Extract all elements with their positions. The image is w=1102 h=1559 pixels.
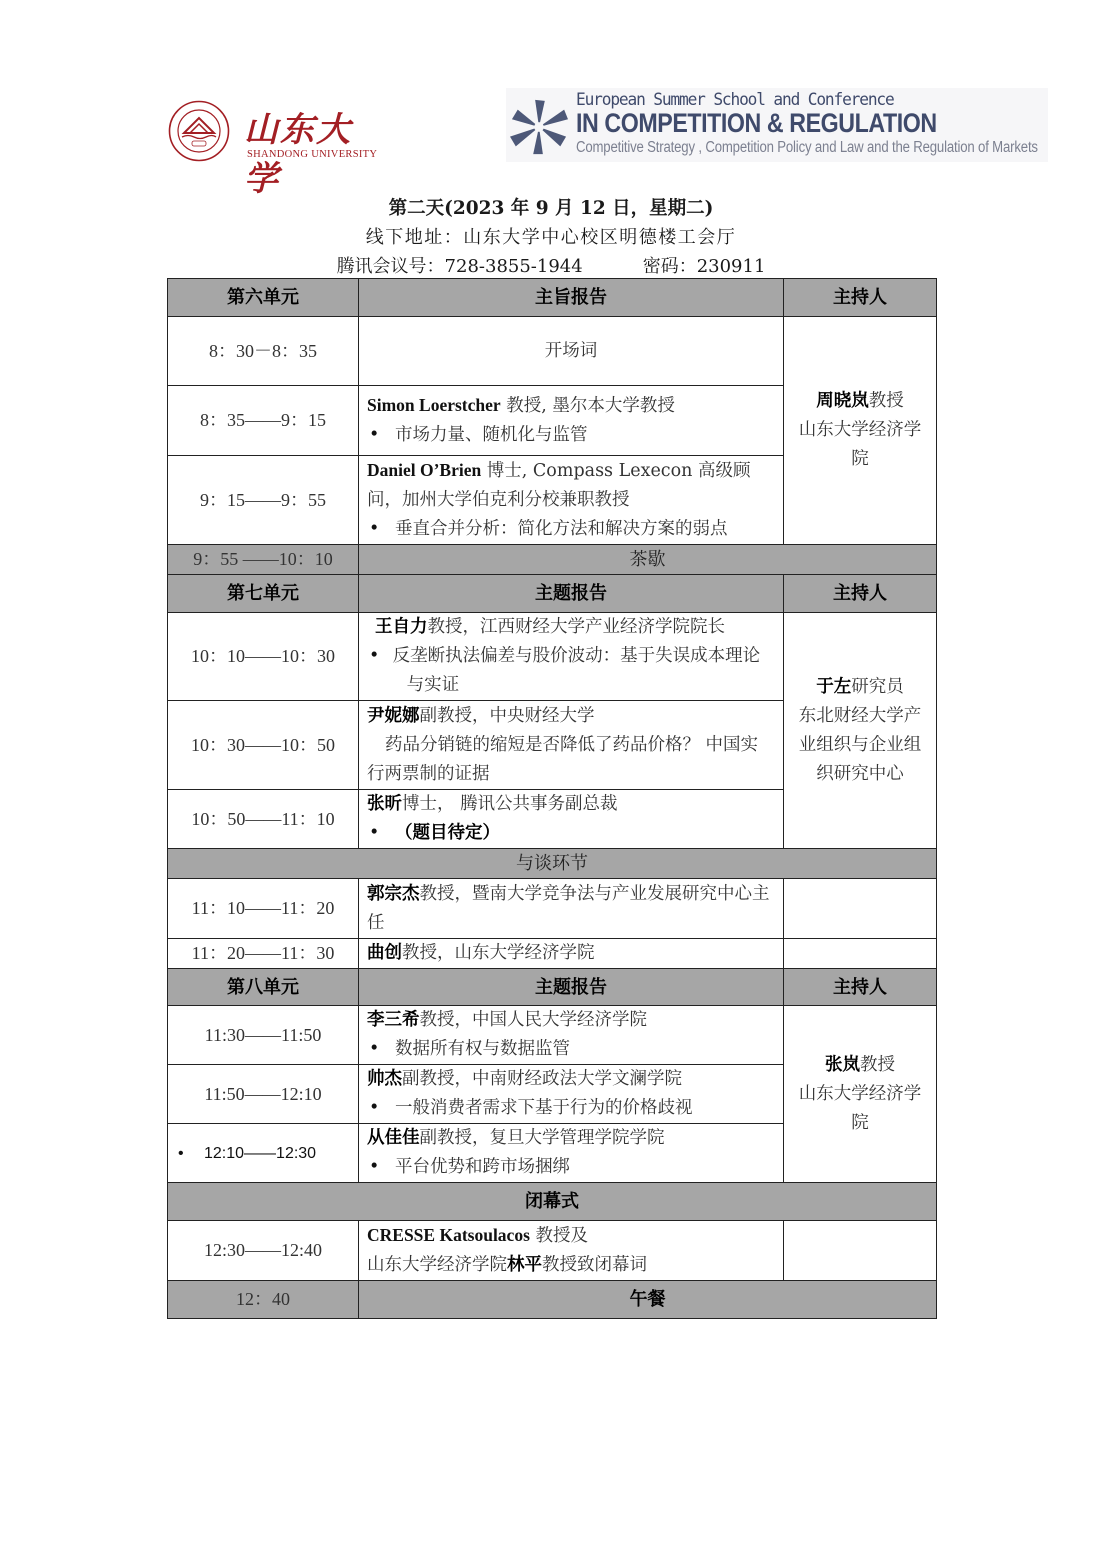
host-cell: 于左研究员 东北财经大学产业组织与企业组织研究中心 bbox=[784, 613, 937, 849]
speaker-name: 李三希 bbox=[367, 1010, 420, 1030]
speaker-name: 从佳佳 bbox=[367, 1128, 420, 1148]
session6-header-row: 第六单元 主旨报告 主持人 bbox=[168, 279, 937, 317]
time-cell: 8：30－8：35 bbox=[168, 317, 359, 386]
speaker-info: 副教授，中南财经政法大学文澜学院 bbox=[402, 1069, 682, 1089]
content-cell: 尹妮娜副教授，中央财经大学 药品分销链的缩短是否降低了药品价格？ 中国实行两票制… bbox=[359, 701, 784, 790]
column-header-host: 主持人 bbox=[784, 575, 937, 613]
escr-line2: IN COMPETITION & REGULATION bbox=[576, 108, 937, 139]
table-row: 10：10——10：30 王自力教授，江西财经大学产业经济学院院长 •反垄断执法… bbox=[168, 613, 937, 701]
tea-break-label: 茶歇 bbox=[359, 545, 937, 575]
speaker-name: Simon Loerstcher bbox=[367, 395, 501, 415]
meeting-password: 密码：230911 bbox=[643, 256, 766, 277]
talk-topic: 平台优势和跨市场捆绑 bbox=[395, 1157, 570, 1177]
time-cell: •12:10——12:30 bbox=[168, 1124, 359, 1183]
content-cell: 曲创教授，山东大学经济学院 bbox=[359, 939, 784, 969]
content-cell: Simon Loerstcher 教授, 墨尔本大学教授 •市场力量、随机化与监… bbox=[359, 386, 784, 456]
content-cell: 王自力教授，江西财经大学产业经济学院院长 •反垄断执法偏差与股价波动：基于失误成… bbox=[359, 613, 784, 701]
speaker-name: 郭宗杰 bbox=[367, 884, 420, 904]
speaker-name: CRESSE Katsoulacos bbox=[367, 1225, 530, 1245]
panel-label: 与谈环节 bbox=[168, 849, 937, 879]
meeting-info: 腾讯会议号：728-3855-1944密码：230911 bbox=[0, 252, 1102, 278]
bullet-icon: • bbox=[367, 1035, 395, 1064]
university-seal-icon bbox=[168, 100, 230, 162]
host-cell: 张岚教授 山东大学经济学院 bbox=[784, 1006, 937, 1183]
talk-topic: （题目待定） bbox=[395, 823, 500, 843]
speaker-name: 尹妮娜 bbox=[367, 706, 420, 726]
column-header-report: 主题报告 bbox=[359, 575, 784, 613]
speaker-name: Daniel O’Brien bbox=[367, 460, 481, 480]
speaker-name: 王自力 bbox=[375, 617, 428, 637]
time-cell: 11：20——11：30 bbox=[168, 939, 359, 969]
time-cell: 12:30——12:40 bbox=[168, 1221, 359, 1281]
host-affiliation: 东北财经大学产业组织与企业组织研究中心 bbox=[799, 706, 922, 784]
bullet-icon: • bbox=[367, 421, 395, 450]
bullet-icon: • bbox=[367, 1153, 395, 1182]
content-cell: 开场词 bbox=[359, 317, 784, 386]
content-cell: CRESSE Katsoulacos 教授及 山东大学经济学院林平教授致闭幕词 bbox=[359, 1221, 784, 1281]
session8-header-row: 第八单元 主题报告 主持人 bbox=[168, 969, 937, 1006]
time-cell: 9：15——9：55 bbox=[168, 456, 359, 545]
time-cell: 10：50——11：10 bbox=[168, 790, 359, 849]
time-cell: 9：55 ——10：10 bbox=[168, 545, 359, 575]
meeting-id: 腾讯会议号：728-3855-1944 bbox=[337, 256, 583, 277]
session-label: 第六单元 bbox=[168, 279, 359, 317]
speaker-name: 张昕 bbox=[367, 794, 402, 814]
bullet-icon: • bbox=[367, 642, 393, 700]
host-title: 研究员 bbox=[851, 677, 904, 697]
speaker-info: 教授，暨南大学竞争法与产业发展研究中心主任 bbox=[367, 884, 770, 933]
bullet-icon: • bbox=[367, 1094, 395, 1123]
time-cell: 11：10——11：20 bbox=[168, 879, 359, 939]
host-cell: 周晓岚教授 山东大学经济学院 bbox=[784, 317, 937, 545]
session-label: 第七单元 bbox=[168, 575, 359, 613]
speaker-info: 副教授，复旦大学管理学院学院 bbox=[420, 1128, 665, 1148]
speaker-info: 博士， 腾讯公共事务副总裁 bbox=[402, 794, 618, 814]
host-name: 于左 bbox=[816, 677, 851, 697]
tea-break-row: 9：55 ——10：10 茶歇 bbox=[168, 545, 937, 575]
closing-header-row: 闭幕式 bbox=[168, 1183, 937, 1221]
table-row: 12:30——12:40 CRESSE Katsoulacos 教授及 山东大学… bbox=[168, 1221, 937, 1281]
content-cell: 李三希教授，中国人民大学经济学院 •数据所有权与数据监管 bbox=[359, 1006, 784, 1065]
time-text: 12:10——12:30 bbox=[204, 1145, 316, 1162]
content-cell: 张昕博士， 腾讯公共事务副总裁 •（题目待定） bbox=[359, 790, 784, 849]
escr-line1: European Summer School and Conference bbox=[576, 90, 894, 110]
closing-label: 闭幕式 bbox=[168, 1183, 937, 1221]
escr-line3: Competitive Strategy , Competition Polic… bbox=[576, 139, 1038, 157]
time-cell: 10：10——10：30 bbox=[168, 613, 359, 701]
panel-header-row: 与谈环节 bbox=[168, 849, 937, 879]
column-header-report: 主题报告 bbox=[359, 969, 784, 1006]
talk-topic: 一般消费者需求下基于行为的价格歧视 bbox=[395, 1098, 693, 1118]
session7-header-row: 第七单元 主题报告 主持人 bbox=[168, 575, 937, 613]
speaker-info: 教授，山东大学经济学院 bbox=[402, 943, 595, 963]
speaker-info: 教授及 bbox=[530, 1226, 588, 1246]
speaker-info: 教授, 墨尔本大学教授 bbox=[501, 396, 675, 416]
page-title: 第二天(2023 年 9 月 12 日，星期二) bbox=[0, 194, 1102, 220]
bullet-icon: • bbox=[367, 819, 395, 848]
shandong-university-logo: 山东大学 SHANDONG UNIVERSITY bbox=[168, 100, 383, 162]
talk-topic: 垂直合并分析：简化方法和解决方案的弱点 bbox=[395, 519, 728, 539]
table-row: 11:30——11:50 李三希教授，中国人民大学经济学院 •数据所有权与数据监… bbox=[168, 1006, 937, 1065]
lunch-label: 午餐 bbox=[359, 1281, 937, 1319]
column-header-host: 主持人 bbox=[784, 969, 937, 1006]
host-title: 教授 bbox=[869, 391, 904, 411]
table-row: 8：30－8：35 开场词 周晓岚教授 山东大学经济学院 bbox=[168, 317, 937, 386]
closing-suffix: 教授致闭幕词 bbox=[542, 1255, 647, 1275]
table-row: 11：10——11：20 郭宗杰教授，暨南大学竞争法与产业发展研究中心主任 bbox=[168, 879, 937, 939]
host-name: 周晓岚 bbox=[816, 391, 869, 411]
venue-address: 线下地址：山东大学中心校区明德楼工会厅 bbox=[0, 223, 1102, 249]
column-header-host: 主持人 bbox=[784, 279, 937, 317]
host-affiliation: 山东大学经济学院 bbox=[799, 420, 922, 469]
schedule-table: 第六单元 主旨报告 主持人 8：30－8：35 开场词 周晓岚教授 山东大学经济… bbox=[167, 278, 937, 1319]
content-cell: 郭宗杰教授，暨南大学竞争法与产业发展研究中心主任 bbox=[359, 879, 784, 939]
escr-conference-logo: European Summer School and Conference IN… bbox=[506, 88, 1048, 162]
host-cell-empty bbox=[784, 939, 937, 969]
bullet-icon: • bbox=[367, 515, 395, 544]
content-cell: 帅杰副教授，中南财经政法大学文澜学院 •一般消费者需求下基于行为的价格歧视 bbox=[359, 1065, 784, 1124]
content-cell: 从佳佳副教授，复旦大学管理学院学院 •平台优势和跨市场捆绑 bbox=[359, 1124, 784, 1183]
speaker-name: 帅杰 bbox=[367, 1069, 402, 1089]
table-row: 11：20——11：30 曲创教授，山东大学经济学院 bbox=[168, 939, 937, 969]
talk-topic: 数据所有权与数据监管 bbox=[395, 1039, 570, 1059]
host-name: 张岚 bbox=[825, 1055, 860, 1075]
time-cell: 12：40 bbox=[168, 1281, 359, 1319]
time-cell: 10：30——10：50 bbox=[168, 701, 359, 790]
speaker-info: 教授，江西财经大学产业经济学院院长 bbox=[428, 617, 726, 637]
host-affiliation: 山东大学经济学院 bbox=[799, 1084, 922, 1133]
time-cell: 11:30——11:50 bbox=[168, 1006, 359, 1065]
pinwheel-star-icon bbox=[510, 98, 568, 156]
time-cell: 11:50——12:10 bbox=[168, 1065, 359, 1124]
speaker-info: 副教授，中央财经大学 bbox=[420, 706, 595, 726]
host-title: 教授 bbox=[860, 1055, 895, 1075]
lunch-row: 12：40 午餐 bbox=[168, 1281, 937, 1319]
speaker-name: 林平 bbox=[507, 1255, 542, 1275]
time-cell: 8：35——9：15 bbox=[168, 386, 359, 456]
content-cell: Daniel O’Brien 博士, Compass Lexecon 高级顾问，… bbox=[359, 456, 784, 545]
column-header-report: 主旨报告 bbox=[359, 279, 784, 317]
university-name-en: SHANDONG UNIVERSITY bbox=[247, 149, 377, 160]
host-cell-empty bbox=[784, 1221, 937, 1281]
talk-topic: 反垄断执法偏差与股价波动：基于失误成本理论与实证 bbox=[393, 642, 775, 700]
host-cell-empty bbox=[784, 879, 937, 939]
talk-topic: 市场力量、随机化与监管 bbox=[395, 425, 588, 445]
speaker-info: 教授，中国人民大学经济学院 bbox=[420, 1010, 648, 1030]
closing-prefix: 山东大学经济学院 bbox=[367, 1255, 507, 1275]
talk-topic: 药品分销链的缩短是否降低了药品价格？ 中国实行两票制的证据 bbox=[367, 731, 775, 789]
session-label: 第八单元 bbox=[168, 969, 359, 1006]
bullet-icon: • bbox=[176, 1139, 204, 1168]
speaker-name: 曲创 bbox=[367, 943, 402, 963]
